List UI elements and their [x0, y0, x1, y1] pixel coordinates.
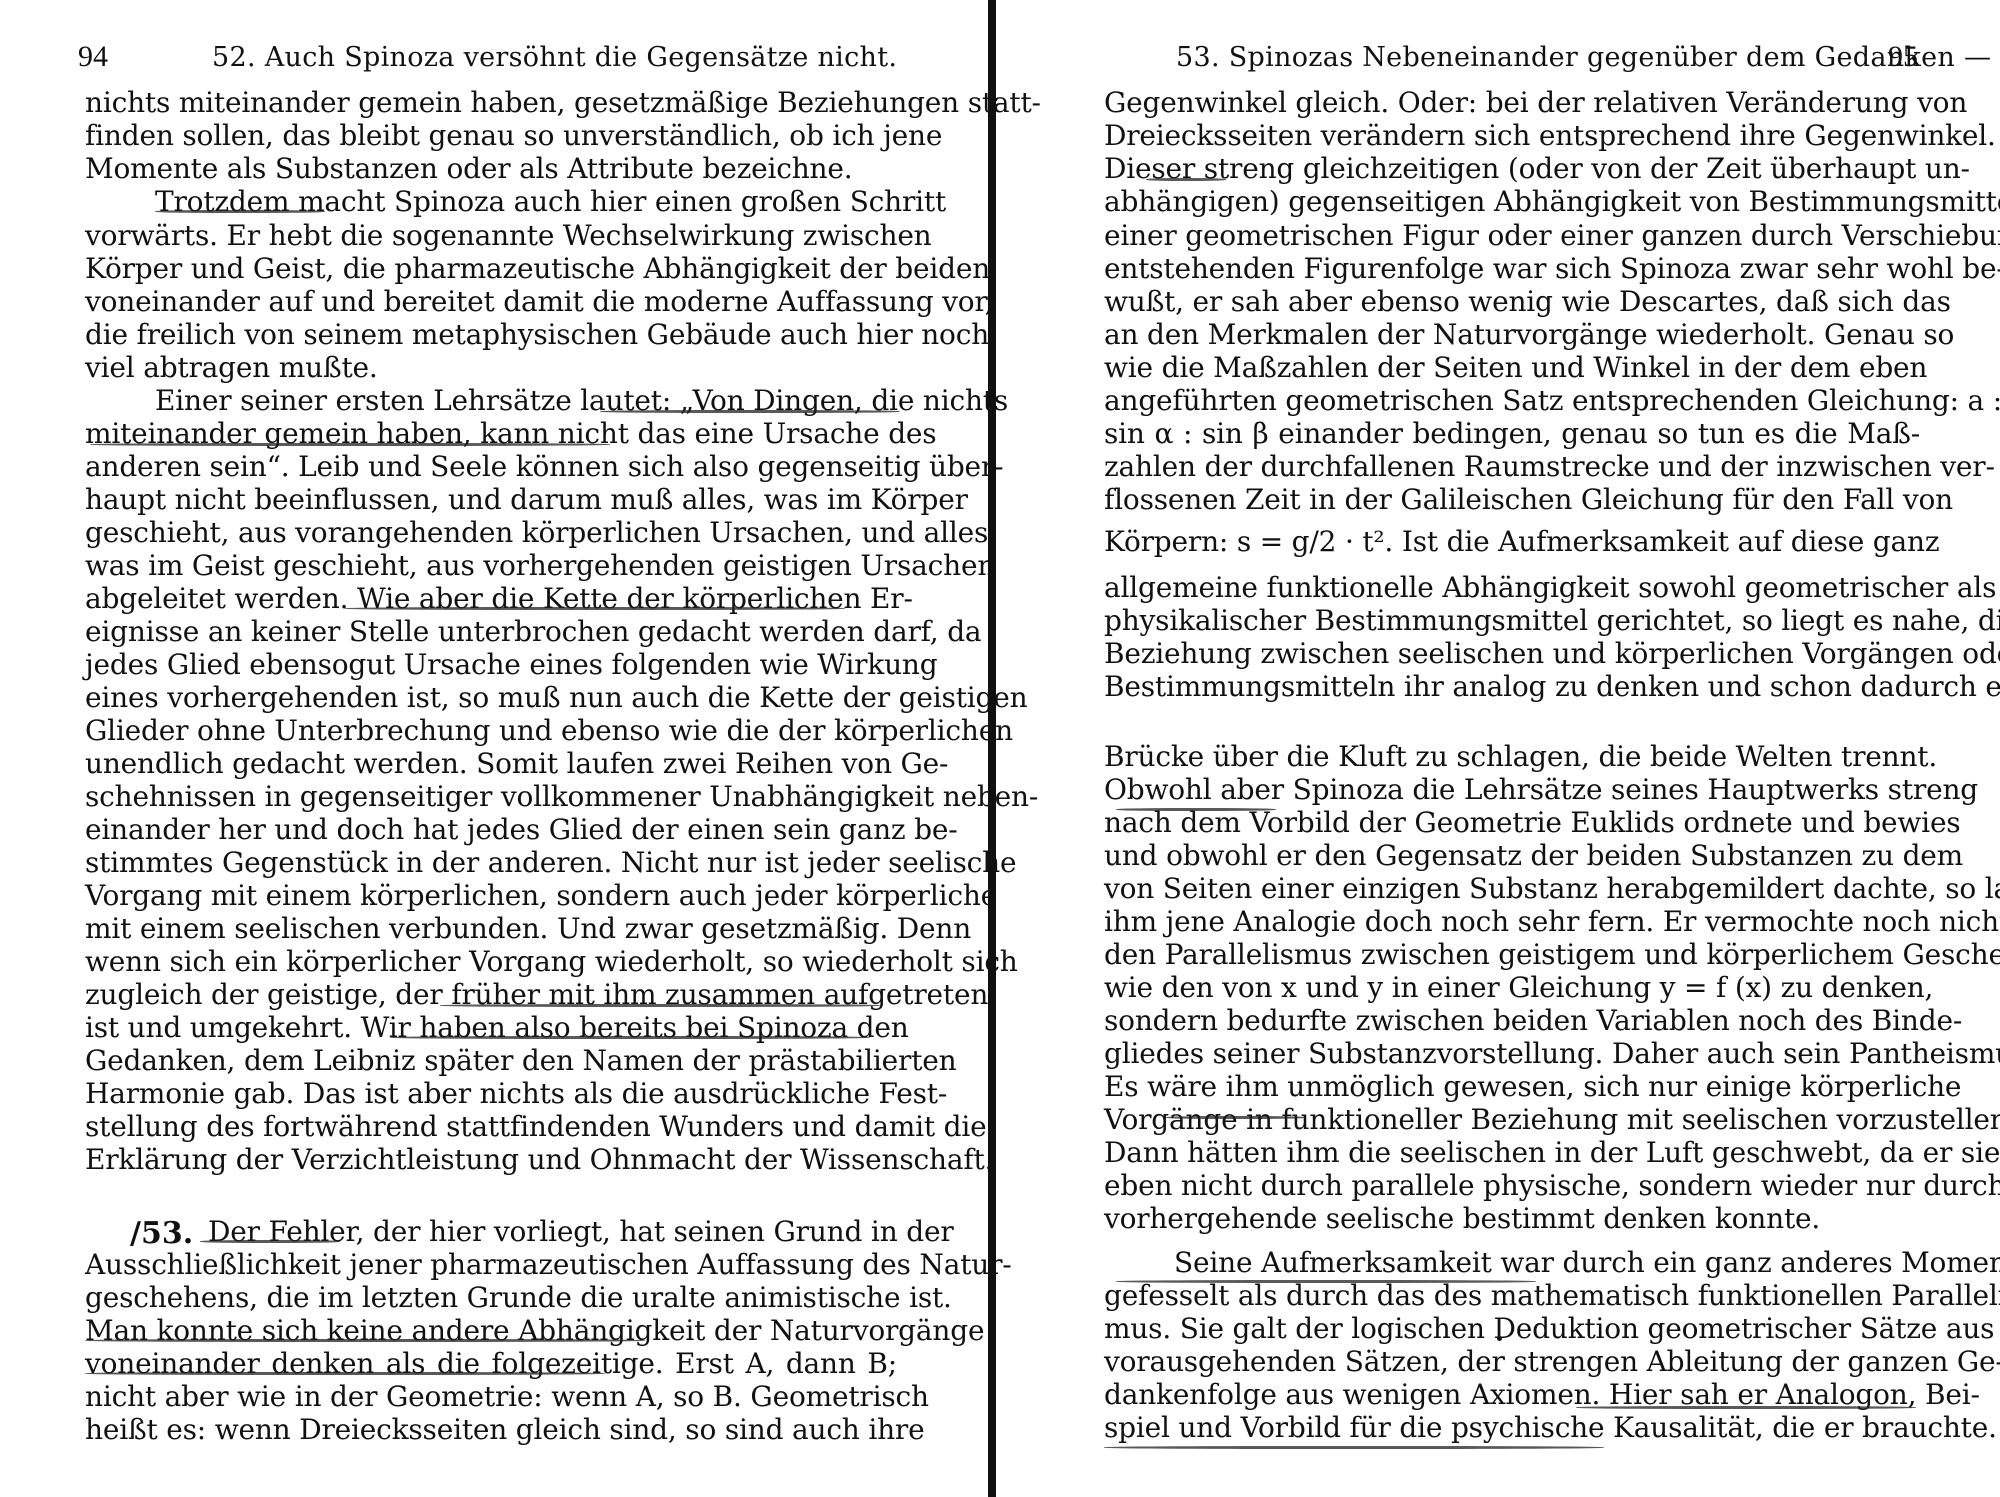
text-line: allgemeine funktionelle Abhängigkeit sow…	[1104, 572, 1920, 604]
text-line: stellung des fortwährend stattfindenden …	[85, 1111, 897, 1143]
text-line: wenn sich ein körperlicher Vorgang wiede…	[85, 946, 897, 978]
text-line: angeführten geometrischen Satz entsprech…	[1104, 385, 1920, 417]
text-line: was im Geist geschieht, aus vorhergehend…	[85, 550, 897, 582]
pencil-underline	[390, 1036, 870, 1039]
text-line: mus. Sie galt der logischen Deduktion ge…	[1104, 1313, 1920, 1345]
text-line: spiel und Vorbild für die psychische Kau…	[1104, 1412, 1920, 1444]
text-line: vorwärts. Er hebt die sogenannte Wechsel…	[85, 220, 897, 252]
text-line: Harmonie gab. Das ist aber nichts als di…	[85, 1078, 897, 1110]
text-line: Dreiecksseiten verändern sich entspreche…	[1104, 120, 1920, 152]
text-line: physikalischer Bestimmungsmittel gericht…	[1104, 605, 1920, 637]
text-line: vorausgehenden Sätzen, der strengen Able…	[1104, 1346, 1920, 1378]
text-line: mit einem seelischen verbunden. Und zwar…	[85, 913, 897, 945]
text-line: flossenen Zeit in der Galileischen Gleic…	[1104, 484, 1920, 516]
pencil-underline	[1104, 1446, 1604, 1449]
text-line: schehnissen in gegenseitiger vollkommene…	[85, 781, 897, 813]
text-line: ist und umgekehrt. Wir haben also bereit…	[85, 1012, 897, 1044]
text-line: heißt es: wenn Dreiecksseiten gleich sin…	[85, 1414, 897, 1446]
text-line: Trotzdem macht Spinoza auch hier einen g…	[85, 186, 897, 218]
text-line: voneinander denken als die folgezeitige.…	[85, 1348, 897, 1380]
page-number: 94	[78, 40, 108, 74]
pencil-underline	[85, 1372, 605, 1375]
page-number: 95	[1888, 40, 1918, 74]
text-line: geschehens, die im letzten Grunde die ur…	[85, 1282, 897, 1314]
pencil-underline	[345, 607, 845, 610]
text-line: wie die Maßzahlen der Seiten und Winkel …	[1104, 352, 1920, 384]
text-line: anderen sein“. Leib und Seele können sic…	[85, 451, 897, 483]
pencil-underline	[1166, 1116, 1306, 1119]
text-line: zahlen der durchfallenen Raumstrecke und…	[1104, 451, 1920, 483]
pencil-underline	[90, 443, 610, 446]
text-line: eignisse an keiner Stelle unterbrochen g…	[85, 616, 897, 648]
text-line: an den Merkmalen der Naturvorgänge wiede…	[1104, 319, 1920, 351]
text-line: Dieser streng gleichzeitigen (oder von d…	[1104, 153, 1920, 185]
text-line: finden sollen, das bleibt genau so unver…	[85, 120, 897, 152]
text-line: wußt, er sah aber ebenso wenig wie Desca…	[1104, 286, 1920, 318]
text-line: den Parallelismus zwischen geistigem und…	[1104, 939, 1920, 971]
text-line: und obwohl er den Gegensatz der beiden S…	[1104, 840, 1920, 872]
text-line: jedes Glied ebensogut Ursache eines folg…	[85, 649, 897, 681]
text-line: Gegenwinkel gleich. Oder: bei der relati…	[1104, 87, 1920, 119]
pencil-underline	[1116, 1280, 1536, 1283]
pencil-underline	[600, 410, 900, 413]
text-line: sondern bedurfte zwischen beiden Variabl…	[1104, 1005, 1920, 1037]
text-line: sin α : sin β einander bedingen, genau s…	[1104, 418, 1920, 450]
pencil-underline	[155, 210, 325, 213]
text-line: Seine Aufmerksamkeit war durch ein ganz …	[1104, 1247, 1920, 1279]
text-line: Körper und Geist, die pharmazeutische Ab…	[85, 253, 897, 285]
pencil-underline	[85, 1339, 645, 1342]
text-line: gefesselt als durch das des mathematisch…	[1104, 1280, 1920, 1312]
text-line: Man konnte sich keine andere Abhängigkei…	[85, 1315, 897, 1347]
text-line: geschieht, aus vorangehenden körperliche…	[85, 517, 897, 549]
text-line-formula: Körpern: s = g/2 · t². Ist die Aufmerksa…	[1104, 516, 1920, 568]
running-header: 52. Auch Spinoza versöhnt die Gegensätze…	[212, 42, 897, 73]
text-line: Erklärung der Verzichtleistung und Ohnma…	[85, 1144, 897, 1176]
text-line: Beziehung zwischen seelischen und körper…	[1104, 638, 1920, 670]
text-line: Brücke über die Kluft zu schlagen, die b…	[1104, 741, 1920, 773]
text-line: Vorgang mit einem körperlichen, sondern …	[85, 880, 897, 912]
running-header: 53. Spinozas Nebeneinander gegenüber dem…	[1176, 42, 1991, 73]
text-line: stimmtes Gegenstück in der anderen. Nich…	[85, 847, 897, 879]
handwritten-section-mark: /53.	[130, 1216, 193, 1251]
text-line: Glieder ohne Unterbrechung und ebenso wi…	[85, 715, 897, 747]
pencil-underline	[440, 1004, 880, 1007]
text-line: Bestimmungsmitteln ihr analog zu denken …	[1104, 671, 1920, 703]
text-line: Der Fehler, der hier vorliegt, hat seine…	[208, 1216, 897, 1248]
text-line: Es wäre ihm unmöglich gewesen, sich nur …	[1104, 1071, 1920, 1103]
text-line: von Seiten einer einzigen Substanz herab…	[1104, 873, 1920, 905]
text-line: die freilich von seinem metaphysischen G…	[85, 319, 897, 351]
text-line: voneinander auf und bereitet damit die m…	[85, 286, 897, 318]
text-line: entstehenden Figurenfolge war sich Spino…	[1104, 253, 1920, 285]
text-line: haupt nicht beeinflussen, und darum muß …	[85, 484, 897, 516]
text-line: unendlich gedacht werden. Somit laufen z…	[85, 748, 897, 780]
text-line: einer geometrischen Figur oder einer gan…	[1104, 220, 1920, 252]
pencil-underline	[1146, 178, 1226, 181]
text-line: vorhergehende seelische bestimmt denken …	[1104, 1203, 1920, 1235]
pencil-underline	[1576, 1406, 1916, 1409]
text-line: Dann hätten ihm die seelischen in der Lu…	[1104, 1137, 1920, 1169]
text-line: abgeleitet werden. Wie aber die Kette de…	[85, 583, 897, 615]
text-line: viel abtragen mußte.	[85, 352, 897, 384]
text-line: Ausschließlichkeit jener pharmazeutische…	[85, 1249, 897, 1281]
text-line: einander her und doch hat jedes Glied de…	[85, 814, 897, 846]
pencil-underline	[200, 1240, 340, 1243]
scan-speck	[1497, 1336, 1502, 1341]
text-line: eines vorhergehenden ist, so muß nun auc…	[85, 682, 897, 714]
left-page: 94 52. Auch Spinoza versöhnt die Gegensä…	[0, 0, 990, 1497]
pencil-underline	[1116, 808, 1276, 811]
text-line: Momente als Substanzen oder als Attribut…	[85, 153, 897, 185]
text-line: Obwohl aber Spinoza die Lehrsätze seines…	[1104, 774, 1920, 806]
text-line: eben nicht durch parallele physische, so…	[1104, 1170, 1920, 1202]
text-line: abhängigen) gegenseitigen Abhängigkeit v…	[1104, 186, 1920, 218]
text-line: gliedes seiner Substanzvorstellung. Dahe…	[1104, 1038, 1920, 1070]
text-line: nicht aber wie in der Geometrie: wenn A,…	[85, 1381, 897, 1413]
text-line: nach dem Vorbild der Geometrie Euklids o…	[1104, 807, 1920, 839]
text-line: nichts miteinander gemein haben, gesetzm…	[85, 87, 897, 119]
text-line: ihm jene Analogie doch noch sehr fern. E…	[1104, 906, 1920, 938]
text-line: Vorgänge in funktioneller Beziehung mit …	[1104, 1104, 1920, 1136]
text-line: wie den von x und y in einer Gleichung y…	[1104, 972, 1920, 1004]
right-page: 53. Spinozas Nebeneinander gegenüber dem…	[996, 0, 2000, 1497]
text-line: Gedanken, dem Leibniz später den Namen d…	[85, 1045, 897, 1077]
